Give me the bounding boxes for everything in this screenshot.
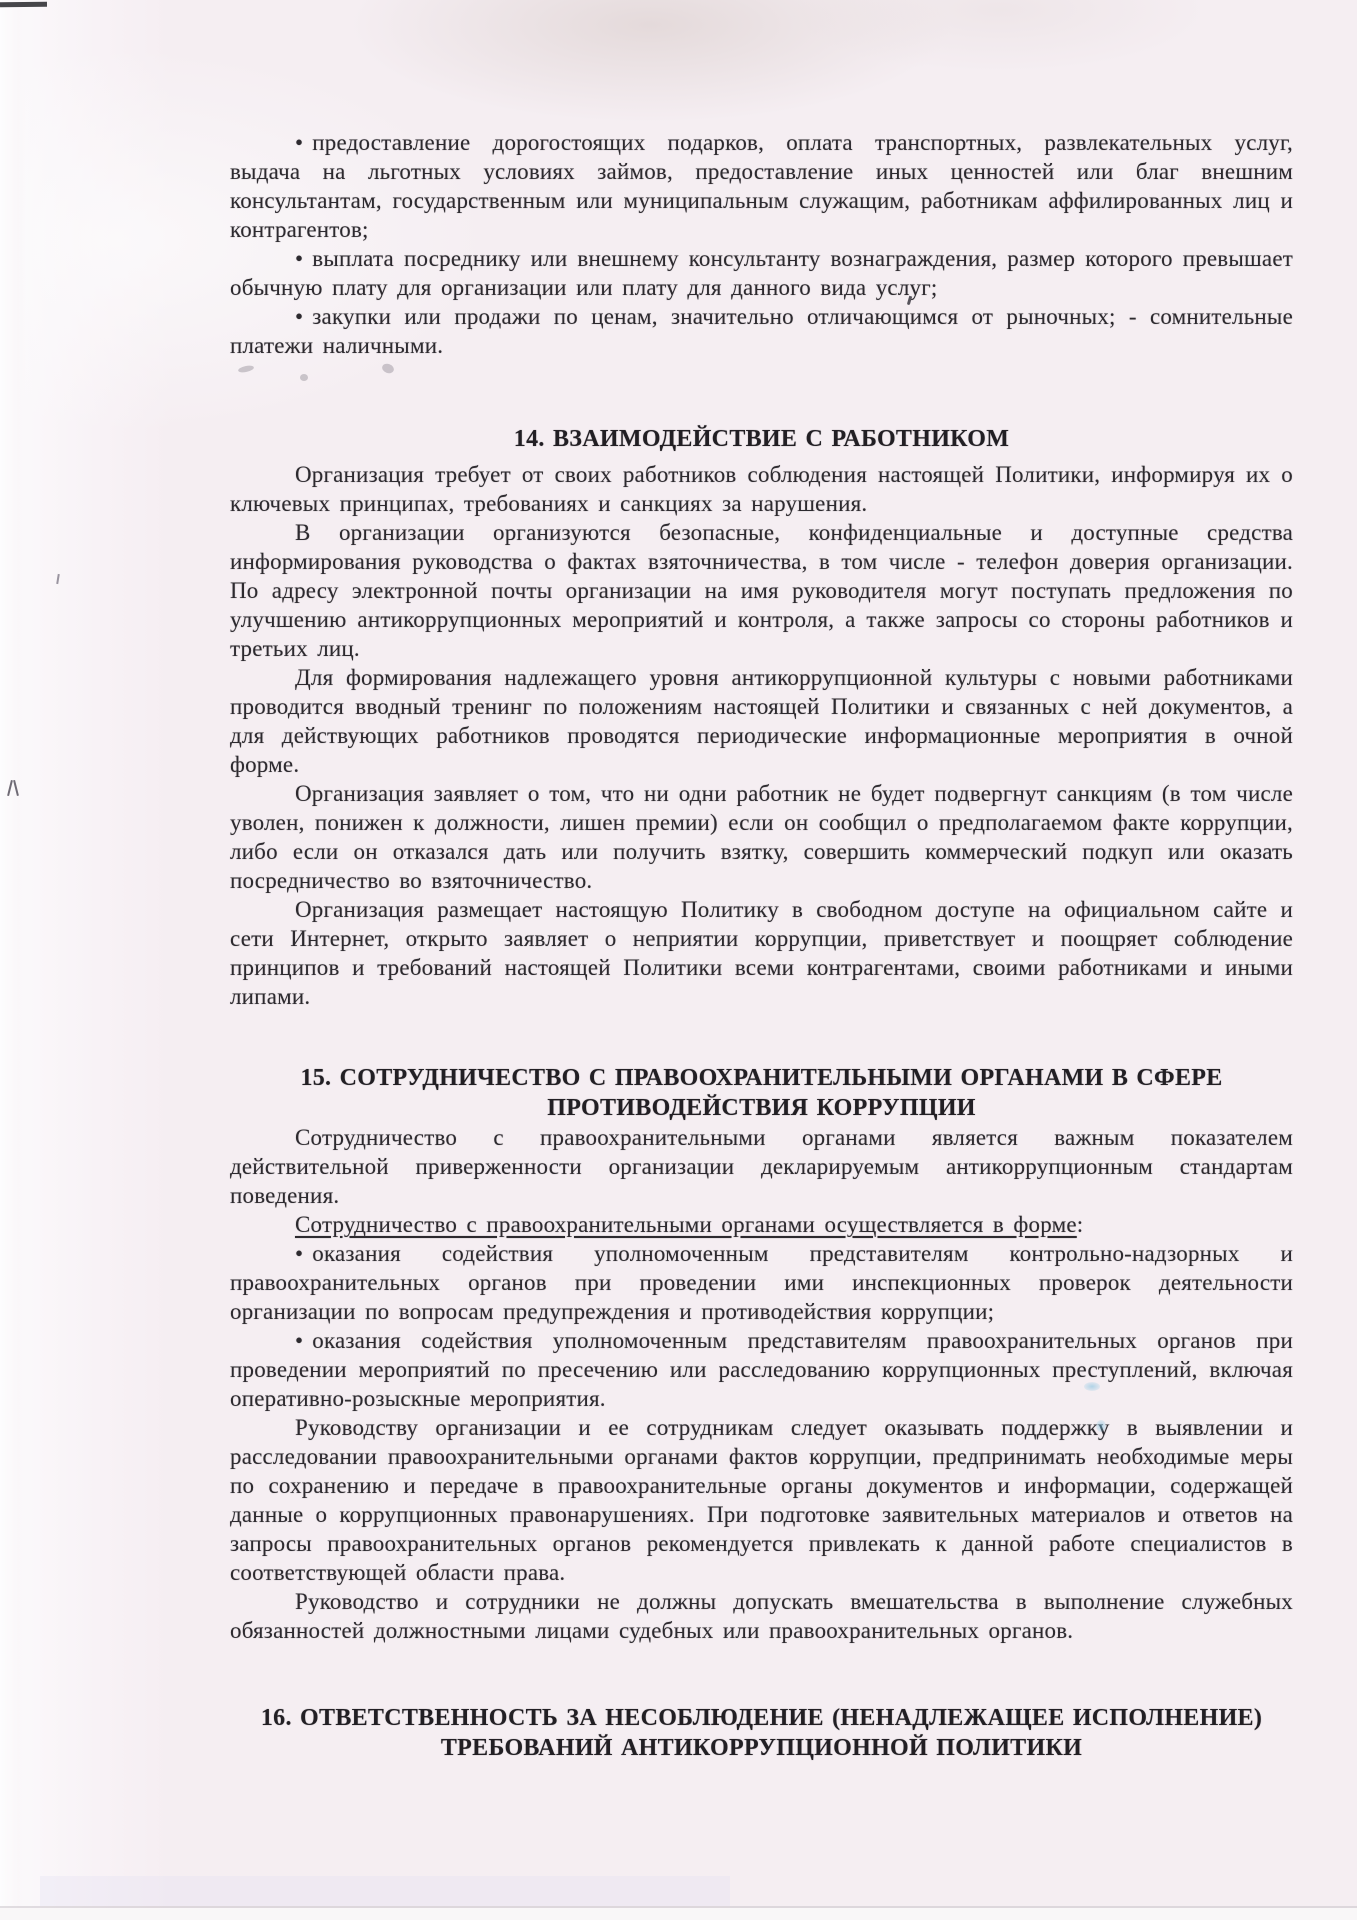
section-16-title: 16. ОТВЕТСТВЕННОСТЬ ЗА НЕСОБЛЮДЕНИЕ (НЕН… (230, 1703, 1293, 1763)
scan-artifact-blue-speck (1084, 1382, 1100, 1391)
scan-artifact-handwritten-mark (6, 780, 20, 796)
bullet-text: предоставление дорогостоящих подарков, о… (230, 130, 1293, 242)
bullet-marker: • (295, 246, 303, 271)
policy-bullet-item: •оказания содействия уполномоченным пред… (230, 1326, 1293, 1413)
paragraph: Руководство и сотрудники не должны допус… (230, 1587, 1293, 1645)
policy-bullet-item: •закупки или продажи по ценам, значитель… (230, 302, 1293, 360)
bullet-marker: • (295, 130, 303, 155)
bullet-marker: • (295, 304, 303, 329)
bullet-marker: • (295, 1328, 303, 1353)
scan-artifact-pencil-smudge (300, 374, 308, 381)
scan-artifact-blue-speck (1096, 1420, 1106, 1432)
bullet-text: оказания содействия уполномоченным предс… (230, 1241, 1293, 1324)
policy-bullet-item: •предоставление дорогостоящих подарков, … (230, 128, 1293, 244)
paragraph: Организация требует от своих работников … (230, 460, 1293, 518)
paragraph: Руководству организации и ее сотрудникам… (230, 1413, 1293, 1587)
section-14-title: 14. ВЗАИМОДЕЙСТВИЕ С РАБОТНИКОМ (230, 424, 1293, 454)
underlined-lead-colon: : (1077, 1212, 1084, 1237)
scan-bottom-strip (0, 1908, 1357, 1920)
paragraph: Сотрудничество с правоохранительными орг… (230, 1123, 1293, 1210)
paragraph: Для формирования надлежащего уровня анти… (230, 663, 1293, 779)
policy-bullet-item: •оказания содействия уполномоченным пред… (230, 1239, 1293, 1326)
bullet-marker: • (295, 1241, 303, 1266)
section-15-title: 15. СОТРУДНИЧЕСТВО С ПРАВООХРАНИТЕЛЬНЫМИ… (230, 1063, 1293, 1123)
document-body: •предоставление дорогостоящих подарков, … (230, 0, 1293, 1763)
scanned-page: •предоставление дорогостоящих подарков, … (0, 0, 1357, 1920)
scan-artifact-tick (56, 574, 60, 584)
scan-artifact-top-left-mark (0, 2, 47, 7)
bullet-text: закупки или продажи по ценам, значительн… (230, 304, 1293, 358)
scan-left-edge (0, 0, 26, 1920)
paragraph: Организация размещает настоящую Политику… (230, 895, 1293, 1011)
bullet-text: оказания содействия уполномоченным предс… (230, 1328, 1293, 1411)
underlined-lead-paragraph: Сотрудничество с правоохранительными орг… (230, 1210, 1293, 1239)
paragraph: В организации организуются безопасные, к… (230, 518, 1293, 663)
policy-bullet-item: •выплата посреднику или внешнему консуль… (230, 244, 1293, 302)
scan-artifact-tint-band (40, 1876, 730, 1906)
underlined-lead-text: Сотрудничество с правоохранительными орг… (295, 1212, 1077, 1237)
bullet-text: выплата посреднику или внешнему консульт… (230, 246, 1293, 300)
paragraph: Организация заявляет о том, что ни одни … (230, 779, 1293, 895)
